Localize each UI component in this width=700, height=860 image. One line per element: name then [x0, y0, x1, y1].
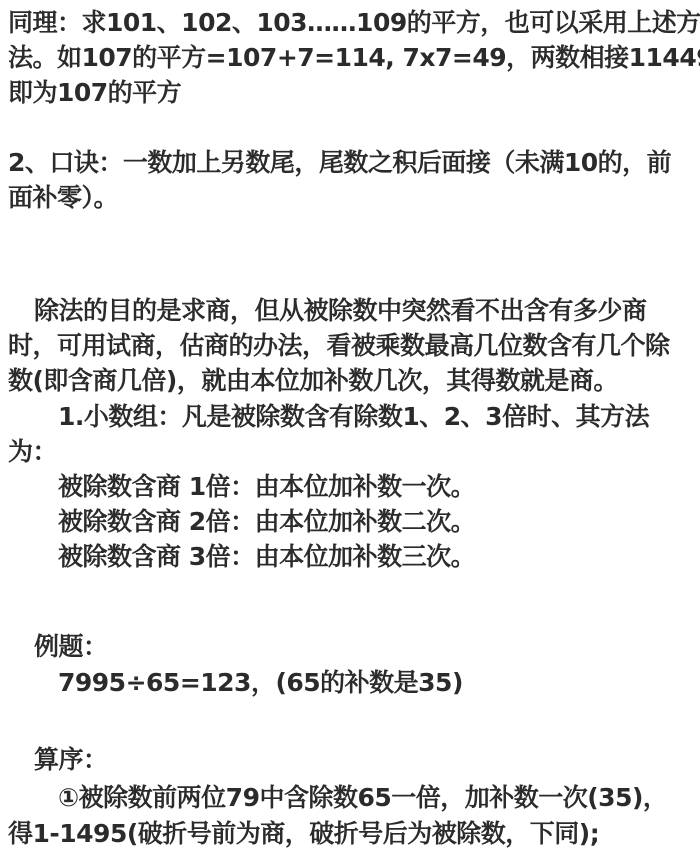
- procedure-heading: 算序：: [34, 745, 108, 775]
- mnemonic-line-2: 面补零）。: [8, 183, 118, 213]
- rule-1x: 被除数含商 1倍：由本位加补数一次。: [58, 472, 475, 502]
- rule-2x: 被除数含商 2倍：由本位加补数二次。: [58, 507, 475, 537]
- division-intro-line-3: 数(即含商几倍)，就由本位加补数几次，其得数就是商。: [8, 366, 618, 396]
- example-heading: 例题：: [34, 632, 108, 662]
- small-group-line-2: 为：: [8, 437, 57, 467]
- rule-3x: 被除数含商 3倍：由本位加补数三次。: [58, 542, 475, 572]
- procedure-step-1-line-1: ①被除数前两位79中含除数65一倍，加补数一次(35)，: [58, 783, 667, 813]
- paragraph-square-line-3: 即为107的平方: [8, 78, 181, 108]
- mnemonic-line-1: 2、口诀：一数加上另数尾，尾数之积后面接（未满10的，前: [8, 148, 671, 178]
- small-group-line-1: 1.小数组：凡是被除数含有除数1、2、3倍时、其方法: [58, 402, 649, 432]
- document-page: 同理：求101、102、103……109的平方，也可以采用上述方 法。如107的…: [0, 0, 700, 860]
- paragraph-square-line-2: 法。如107的平方=107+7=114, 7x7=49，两数相接11449: [8, 43, 700, 73]
- procedure-step-1-line-2: 得1-1495(破折号前为商，破折号后为被除数，下同);: [8, 819, 599, 849]
- example-equation: 7995÷65=123，(65的补数是35): [58, 668, 463, 698]
- division-intro-line-1: 除法的目的是求商，但从被除数中突然看不出含有多少商: [34, 296, 647, 326]
- paragraph-square-line-1: 同理：求101、102、103……109的平方，也可以采用上述方: [8, 8, 700, 38]
- division-intro-line-2: 时，可用试商，估商的办法，看被乘数最高几位数含有几个除: [8, 331, 670, 361]
